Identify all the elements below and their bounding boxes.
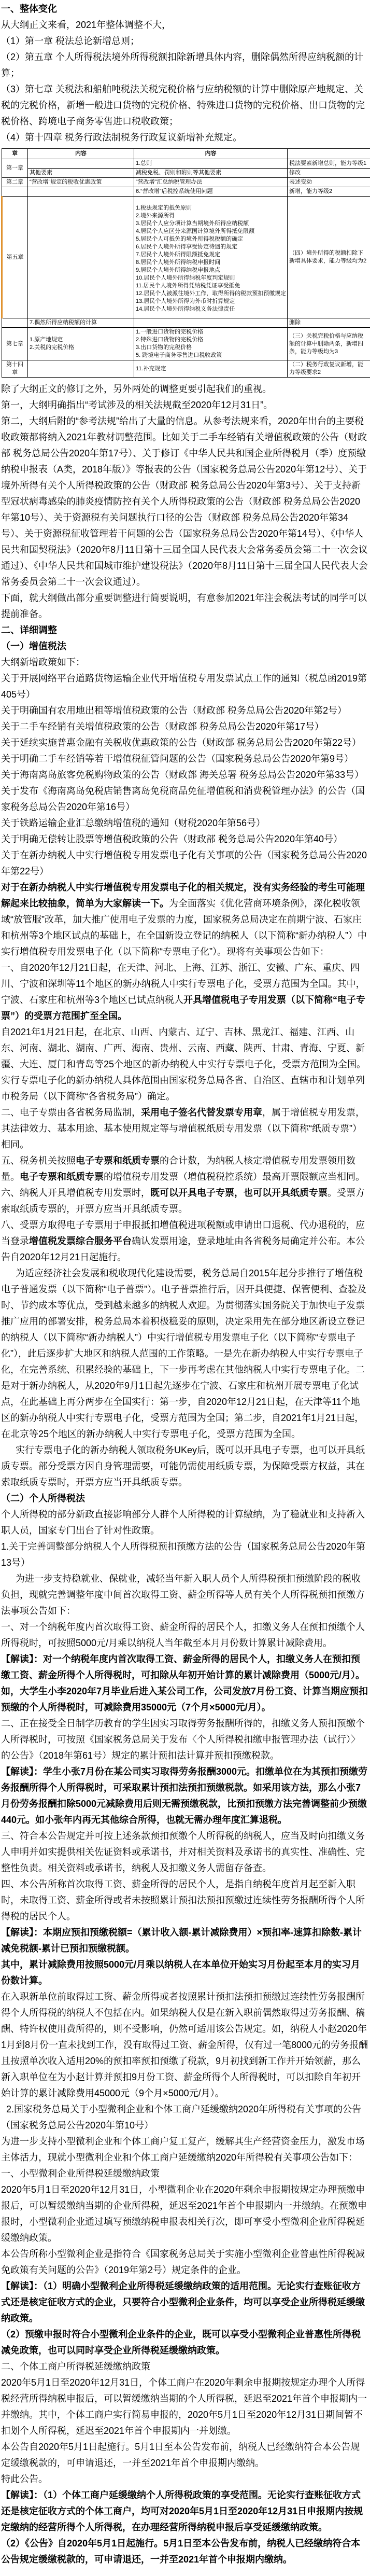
paragraph: 实行专票电子化的新办纳税人领取税务UKey后，既可以开具电子专票，也可以开具纸质… (1, 1442, 369, 1491)
paragraph: 第一，大纲明确指出“考试涉及的相关法规截至2020年12月31日”。 (1, 397, 369, 413)
text-run: 关于开展网络平台道路货物运输企业代开增值税专用发票试点工作的通知（税总函2019… (1, 673, 367, 700)
paragraph: 五、税务机关按照电子专票和纸质专票的合计数，为纳税人核定增值税专用发票领用数量。… (1, 1153, 369, 1185)
paragraph: 本公告所称小型微利企业是指符合《国家税务总局关于实施小型微利企业普惠性所得税减免… (1, 2246, 369, 2278)
text-run: 关于明确无偿转让股票等增值税政策的公告（财政部 税务总局公告2020年第40号） (1, 834, 343, 844)
text-run: 个人所得税的部分新政直接影响部分人群个人所得税的计算缴纳，为了稳就业和支持新入职… (1, 1509, 365, 1536)
table-cell-line: 12.居民个人被派往境外工作，取得所得的税款预扣预缴规定 (136, 290, 286, 298)
paragraph: 【解读】：（1）明确小型微利企业所得税延缓缴纳政策的适用范围。无论实行查账征收方… (1, 2278, 369, 2327)
text-run: （4）第十四章 税务行政法制税务行政复议新增补充规定。 (1, 132, 242, 143)
table-cell-line: 2.境外来源所得 (136, 212, 286, 220)
table-cell: “营改增”汇总纳税管理办法 (134, 178, 288, 187)
paragraph: 1.关于完善调整部分纳税人个人所得税预扣预缴方法的公告（国家税务总局公告2020… (1, 1539, 369, 1571)
text-run: 2020年5月1日至2020年12月31日，小型微利企业在2020年剩余申报期按… (1, 2184, 367, 2243)
text-run: 大纲新增政策如下： (1, 657, 85, 667)
text-run: 特此公告。 (1, 2474, 48, 2484)
table-cell (134, 318, 288, 328)
paragraph: 关于明确二手车经销等若干增值税征管问题的公告（国家税务总局公告2020年第9号） (1, 751, 369, 767)
text-run: 【解读】：本期应预扣预缴税额=（累计收入额-累计减除费用）×预扣率-速算扣除数-… (1, 1927, 362, 1954)
text-run: 【解读】：学生小张7月份在某公司实习取得劳务报酬3000元。扣缴单位在为其预扣预… (1, 1766, 367, 1825)
text-run: （2）预缴申报时符合小型微利企业条件的企业，既可以享受小型微利企业普惠性所得税减… (1, 2329, 361, 2356)
table-cell: （三）关税完税价格与应纳税额的计算中删除两条，新增四条，能力等级均为3 (288, 328, 370, 360)
paragraph: （4）第十四章 税务行政法制税务行政复议新增补充规定。 (1, 130, 369, 146)
table-cell-line: 10.居民个人境外所得纳税年度判定规则 (136, 274, 286, 282)
table-row: 第一章1.总则税法要素新增总则，能力等级1 (2, 159, 370, 169)
table-cell: 1.税法规定的抵免原则2.境外来源所得3.居民个人应分项计算当期境外所得应纳税额… (134, 197, 288, 318)
table-cell: 1.总则 (134, 159, 288, 169)
document-body: 一、整体变化从大纲正文来看，2021年整体调整不大，（1）第一章 税法总论新增总… (0, 0, 370, 2576)
text-run: 除了大纲正文的修订之外，另外两处的调整更要引起我们的重视。 (1, 384, 272, 394)
text-run: 二、正在接受全日制学历教育的学生因实习取得劳务报酬所得的，扣缴义务人预扣预缴个人… (1, 1718, 365, 1761)
table-cell: 减税免税、罚则和附则等其他要素 (134, 169, 288, 178)
table-cell-line: 1.税法规定的抵免原则 (136, 204, 286, 212)
table-cell-line: 3.出口货物的完税价格 (136, 344, 286, 352)
heading-iit-law: （二）个人所得税法 (1, 1491, 369, 1507)
paragraph: （1）第一章 税法总论新增总则； (1, 33, 369, 49)
paragraph: （2）预缴申报时符合小型微利企业条件的企业，既可以享受小型微利企业普惠性所得税减… (1, 2327, 369, 2359)
text-run: 电子专票和纸质专票 (76, 1155, 160, 1166)
table-cell-line: 2.特殊进口货物的完税价格 (136, 336, 286, 344)
text-run: 二、详细调整 (1, 625, 57, 635)
text-run: 本公告自2020年5月1日起施行。5月1日至本公告发布前，纳税人已经缴纳符合本公… (1, 2442, 360, 2468)
text-run: 五、税务机关按照 (1, 1155, 76, 1166)
paragraph: 【解读】：对一个纳税年度内首次取得工资、薪金所得的居民个人，扣缴义务人在预扣预缴… (1, 1651, 369, 1716)
text-run: 三、符合本公告规定并可按上述条款预扣预缴个人所得税的纳税人，应当及时向扣缴义务人… (1, 1831, 365, 1873)
paragraph: 【解读】：学生小张7月份在某公司实习取得劳务报酬3000元。扣缴单位在为其预扣预… (1, 1764, 369, 1828)
text-run: 2020年5月1日至2020年12月31日，个体工商户在2020年剩余申报期按规… (1, 2377, 367, 2436)
text-run: 关于明确国有农用地出租等增值税政策的公告（财政部 税务总局公告2020年第2号） (1, 705, 347, 716)
table-cell (28, 159, 134, 169)
paragraph: 关于铁路运输企业汇总缴纳增值税的通知（财税2020年第56号） (1, 815, 369, 831)
table-cell-line: 5.居民个人可抵免的境外所得税税额的确定 (136, 235, 286, 243)
table-cell: 第一章 (2, 159, 28, 178)
text-run: 关于海南离岛旅客免税购物政策的公告（财政部 海关总署 税务总局公告2020年第3… (1, 770, 364, 780)
table-cell-line: 8.居民个人境外所得纳税申报时间 (136, 259, 286, 267)
text-run: 的增值税专用发票（增值税税控系统）最高开票限额应当相同。 (104, 1172, 365, 1182)
paragraph: 关于在新办纳税人中实行增值税专用发票电子化有关事项的公告（国家税务总局公告202… (1, 847, 369, 880)
paragraph: 第二，大纲后附的“参考法规”给出了大量的信息。从参考法规来看，2020年出台的主… (1, 413, 369, 590)
table-cell: 7.偶然所得应纳税额的计算 (28, 318, 134, 328)
heading-overall-changes: 一、整体变化 (1, 1, 369, 17)
paragraph: 一、自2020年12月21日起，在天津、河北、上海、江苏、浙江、安徽、广东、重庆… (1, 960, 369, 1024)
text-run: 关于二手车经销有关增值税政策的公告（财政部 税务总局公告2020年第17号） (1, 721, 324, 732)
text-run: （3）第七章 关税法和船舶吨税法关税完税价格与应纳税额的计算中删除原产地规定、关… (1, 84, 365, 127)
paragraph: 个人所得税的部分新政直接影响部分人群个人所得税的计算缴纳，为了稳就业和支持新入职… (1, 1507, 369, 1539)
table-cell-line: 7.居民个人境外所得限额抵免规定 (136, 251, 286, 259)
table-cell: 第十四章 (2, 360, 28, 378)
table-header-cell: 内容 (28, 149, 134, 159)
text-run: （一）增值税法 (1, 641, 66, 651)
table-cell-line: 11.居民个人境外所得凭纳税凭证享受抵免 (136, 282, 286, 290)
text-run: 四、本公告所称首次取得工资、薪金所得的居民个人，是指自纳税年度首月起至新入职时，… (1, 1879, 365, 1921)
paragraph: 关于明确国有农用地出租等增值税政策的公告（财政部 税务总局公告2020年第2号） (1, 703, 369, 719)
paragraph: 从大纲正文来看，2021年整体调整不大， (1, 17, 369, 33)
table-cell: （四）境外所得的税额扣除下新增具体要求，能力等级均为2 (288, 197, 370, 318)
text-run: 电子专票和纸质专票 (20, 1172, 104, 1182)
paragraph: 【解读】：（1）个体工商户延缓缴纳个人所得税政策的享受范围。无论实行查账征收方式… (1, 2487, 369, 2536)
text-run: 采用电子签名代替发票专用章 (141, 1107, 262, 1118)
table-cell: 表述变动 (288, 178, 370, 187)
text-run: 关于铁路运输企业汇总缴纳增值税的通知（财税2020年第56号） (1, 818, 265, 828)
text-run: （2）第五章 个人所得税法境外所得税额扣除新增具体内容，删除偶然所得应纳税额的计… (1, 52, 363, 78)
paragraph: 本公告自2020年5月1日起施行。5月1日至本公告发布前，纳税人已经缴纳符合本公… (1, 2439, 369, 2471)
text-run: 第二，大纲后附的“参考法规”给出了大量的信息。从参考法规来看，2020年出台的主… (1, 416, 368, 587)
paragraph: 为适应经济社会发展和税收现代化建设需要，税务总局自2015年起分步推行了增值税电… (1, 1265, 369, 1442)
text-run: 【解读】：对一个纳税年度内首次取得工资、薪金所得的居民个人，扣缴义务人在预扣预缴… (1, 1654, 368, 1712)
exam-outline-changes-table: 章内容内容第一章1.总则税法要素新增总则，能力等级1其他要素减税免税、罚则和附则… (1, 148, 370, 378)
text-run: 自2021年1月21日起，在北京、山西、内蒙古、辽宁、吉林、黑龙江、福建、江西、… (1, 1027, 366, 1069)
text-run: 1.关于完善调整部分纳税人个人所得税预扣预缴方法的公告（国家税务总局公告2020… (1, 1541, 365, 1568)
table-cell-line: 6.居民个人境外所得享受协定待遇的规定 (136, 243, 286, 251)
text-run: 为适应经济社会发展和税收现代化建设需要，税务总局自2015年起分步推行了增值税电… (1, 1268, 366, 1439)
text-run: （1）第一章 税法总论新增总则； (1, 36, 139, 46)
paragraph: 关于延续实施普惠金融有关税收优惠政策的公告（财政部 税务总局公告2020年第22… (1, 735, 369, 751)
text-run: 2.国家税务总局关于小型微利企业和个体工商户延缓缴纳2020年所得税有关事项的公… (1, 2104, 361, 2131)
table-cell (2, 318, 28, 328)
paragraph: 四、本公告所称首次取得工资、薪金所得的居民个人，是指自纳税年度首月起至新入职时，… (1, 1876, 369, 1925)
table-cell: 新增，能力等级2 (288, 187, 370, 197)
table-header-cell: 内容 (134, 149, 288, 159)
text-run: 实行专票电子化的新办纳税人领取税务UKey后，既可以开具电子专票，也可以开具纸质… (1, 1445, 365, 1487)
text-run: 下面，就大纲做出部分重要调整进行简要说明，有意参加2021年注会税法考试的同学可… (1, 593, 367, 619)
table-cell-line: 2.关税的完税价格 (30, 344, 132, 352)
table-cell (2, 187, 28, 197)
paragraph: 【解读】：本期应预扣预缴税额=（累计收入额-累计减除费用）×预扣率-速算扣除数-… (1, 1925, 369, 1957)
heading-vat-law: （一）增值税法 (1, 638, 369, 655)
paragraph: （2）第五章 个人所得税法境外所得税额扣除新增具体内容，删除偶然所得应纳税额的计… (1, 49, 369, 81)
text-run: 实行专票电子化的新办纳税人具体范围由国家税务总局各省、自治区、直辖市和计划单列市… (1, 1075, 365, 1102)
table-cell: 第二章 (2, 178, 28, 187)
table-cell-line: 5. 跨境电子商务零售进口税收政策 (136, 352, 286, 359)
table-header-cell: 章 (2, 149, 28, 159)
text-run: 本公告所称小型微利企业是指符合《国家税务总局关于实施小型微利企业普惠性所得税减免… (1, 2249, 365, 2275)
paragraph: 2020年5月1日至2020年12月31日，小型微利企业在2020年剩余申报期按… (1, 2182, 369, 2246)
table-cell: 税法要素新增总则，能力等级1 (288, 159, 370, 169)
table-header-row: 章内容内容 (2, 149, 370, 159)
paragraph: 二、正在接受全日制学历教育的学生因实习取得劳务报酬所得的，扣缴义务人预扣预缴个人… (1, 1716, 369, 1764)
paragraph: 为进一步支持稳就业、保就业，减轻当年新入职人员个人所得税预扣预缴阶段的税收负担，… (1, 1571, 369, 1619)
text-run: 增值税发票综合服务平台 (29, 1236, 132, 1246)
table-cell: “营改增”规定的税收优惠政策 (28, 178, 134, 187)
paragraph: 自2021年1月21日起，在北京、山西、内蒙古、辽宁、吉林、黑龙江、福建、江西、… (1, 1024, 369, 1073)
text-run: 在入职新单位前取得过工资、薪金所得或者按照累计预扣法预扣预缴过连续性劳务报酬所得… (1, 1992, 368, 2098)
table-row: 第七章1.原产地规定2.关税的完税价格1.一般进口货物的完税价格2.特殊进口货物… (2, 328, 370, 360)
heading-detailed-adjustments: 二、详细调整 (1, 622, 369, 638)
paragraph: 对于在新办纳税人中实行增值税专用发票电子化的相关规定，没有实务经验的考生可能理解… (1, 880, 369, 960)
paragraph: 二、电子专票由各省税务局监制，采用电子签名代替发票专用章，属于增值税专用发票，其… (1, 1105, 369, 1153)
paragraph: 实行专票电子化的新办纳税人具体范围由国家税务总局各省、自治区、直辖市和计划单列市… (1, 1073, 369, 1105)
table-cell-line: 1.原产地规定 (30, 336, 132, 344)
paragraph: 2020年5月1日至2020年12月31日，个体工商户在2020年剩余申报期按规… (1, 2375, 369, 2439)
text-run: 关于发布《海南离岛免税店销售离岛免税商品免征增值税和消费税管理办法》的公告（国家… (1, 786, 365, 812)
table-row: 其他要素减税免税、罚则和附则等其他要素修改 (2, 169, 370, 178)
text-run: 关于在新办纳税人中实行增值税专用发票电子化有关事项的公告（国家税务总局公告202… (1, 850, 367, 876)
paragraph: 除了大纲正文的修订之外，另外两处的调整更要引起我们的重视。 (1, 381, 369, 397)
table-cell: 删除 (288, 318, 370, 328)
text-run: 第一，大纲明确指出“考试涉及的相关法规截至2020年12月31日”。 (1, 400, 273, 410)
paragraph: 关于二手车经销有关增值税政策的公告（财政部 税务总局公告2020年第17号） (1, 719, 369, 735)
text-run: 二、个体工商户所得税延缓缴纳政策 (1, 2361, 150, 2372)
paragraph: 一、对一个纳税年度内首次取得工资、薪金所得的居民个人，扣缴义务人在预扣预缴个人所… (1, 1619, 369, 1651)
paragraph: 关于发布《海南离岛免税店销售离岛免税商品免征增值税和消费税管理办法》的公告（国家… (1, 783, 369, 815)
table-cell-line: 9.居民个人境外所得纳税申报地点 (136, 267, 286, 274)
table-cell-line: 1.一般进口货物的完税价格 (136, 328, 286, 336)
text-run: 六、纳税人开具增值税专用发票时， (1, 1188, 150, 1198)
table-header-cell (288, 149, 370, 159)
table-cell: 其他要素 (28, 169, 134, 178)
paragraph: 大纲新增政策如下： (1, 655, 369, 671)
paragraph: 下面，就大纲做出部分重要调整进行简要说明，有意参加2021年注会税法考试的同学可… (1, 590, 369, 622)
text-run: （2）《公告》自2020年5月1日起施行。5月1日至本公告发布前，纳税人已经缴纳… (1, 2538, 360, 2565)
paragraph: 2.国家税务总局关于小型微利企业和个体工商户延缓缴纳2020年所得税有关事项的公… (1, 2101, 369, 2134)
paragraph: 八、受票方取得电子专票用于申报抵扣增值税进项税额或申请出口退税、代办退税的，应当… (1, 1217, 369, 1265)
text-run: 一、对一个纳税年度内首次取得工资、薪金所得的居民个人，扣缴义务人在预扣预缴个人所… (1, 1622, 365, 1648)
paragraph: 关于海南离岛旅客免税购物政策的公告（财政部 海关总署 税务总局公告2020年第3… (1, 767, 369, 783)
table-cell: 6.“营改增”后税控系统使用问题 (134, 187, 288, 197)
table-cell: 11.补充规定 (134, 360, 288, 378)
paragraph: 在入职新单位前取得过工资、薪金所得或者按照累计预扣法预扣预缴过连续性劳务报酬所得… (1, 1989, 369, 2101)
text-run: 从大纲正文来看，2021年整体调整不大， (1, 20, 171, 30)
text-run: 既可以开具电子专票，也可以开具纸质专票 (150, 1188, 328, 1198)
table-cell-line: 3.居民个人应分项计算当期境外所得应纳税额 (136, 220, 286, 228)
paragraph: 三、符合本公告规定并可按上述条款预扣预缴个人所得税的纳税人，应当及时向扣缴义务人… (1, 1828, 369, 1876)
text-run: 其中，累计减除费用按照5000元/月乘以纳税人在本单位开始实习月份起至本月的实习… (1, 1959, 360, 1986)
table-cell: 1.原产地规定2.关税的完税价格 (28, 328, 134, 360)
paragraph: （3）第七章 关税法和船舶吨税法关税完税价格与应纳税额的计算中删除原产地规定、关… (1, 81, 369, 130)
table-cell: 第五章 (2, 197, 28, 318)
paragraph: 二、个体工商户所得税延缓缴纳政策 (1, 2359, 369, 2375)
text-run: 二、电子专票由各省税务局监制， (1, 1107, 141, 1118)
text-run: 【解读】：（1）明确小型微利企业所得税延缓缴纳政策的适用范围。无论实行查账征收方… (1, 2281, 365, 2323)
table-row: 6.“营改增”后税控系统使用问题新增，能力等级2 (2, 187, 370, 197)
table-row: 第五章1.税法规定的抵免原则2.境外来源所得3.居民个人应分项计算当期境外所得应… (2, 197, 370, 318)
table-cell-line: 14.居民个人境外所得纳税义务法律责任 (136, 305, 286, 313)
paragraph: （2）《公告》自2020年5月1日起施行。5月1日至本公告发布前，纳税人已经缴纳… (1, 2536, 369, 2568)
paragraph: 关于明确无偿转让股票等增值税政策的公告（财政部 税务总局公告2020年第40号） (1, 831, 369, 847)
paragraph: 为进一步支持小型微利企业和个体工商户复工复产，缓解其生产经营资金压力，激发市场主… (1, 2134, 369, 2166)
table-cell (28, 360, 134, 378)
table-row: 第二章“营改增”规定的税收优惠政策“营改增”汇总纳税管理办法表述变动 (2, 178, 370, 187)
table-cell-line: 13.居民个人境外所得为外币时折算规定 (136, 298, 286, 305)
text-run: 【解读】：（1）个体工商户延缓缴纳个人所得税政策的享受范围。无论实行查账征收方式… (1, 2490, 363, 2532)
table-cell: 修改 (288, 169, 370, 178)
paragraph: 其中，累计减除费用按照5000元/月乘以纳税人在本单位开始实习月份起至本月的实习… (1, 1957, 369, 1989)
paragraph: 六、纳税人开具增值税专用发票时，既可以开具电子专票，也可以开具纸质专票。受票方索… (1, 1185, 369, 1217)
table-cell-line: 4.居民个人应区分来源国计算境外所得抵免限额 (136, 228, 286, 235)
table-cell: 1.一般进口货物的完税价格2.特殊进口货物的完税价格3.出口货物的完税价格5. … (134, 328, 288, 360)
text-run: 关于延续实施普惠金融有关税收优惠政策的公告（财政部 税务总局公告2020年第22… (1, 737, 361, 748)
table-cell (28, 187, 134, 197)
table-row: 第十四章11.补充规定（二）税务行政复议新增，能力等级要求2 (2, 360, 370, 378)
paragraph: 一、小型微利企业所得税延缓缴纳政策 (1, 2166, 369, 2182)
table-cell: （二）税务行政复议新增，能力等级要求2 (288, 360, 370, 378)
text-run: 为进一步支持小型微利企业和个体工商户复工复产，缓解其生产经营资金压力，激发市场主… (1, 2136, 365, 2163)
table-cell: 第七章 (2, 328, 28, 360)
table-row: 7.偶然所得应纳税额的计算删除 (2, 318, 370, 328)
paragraph: 关于开展网络平台道路货物运输企业代开增值税专用发票试点工作的通知（税总函2019… (1, 671, 369, 703)
table-cell (28, 197, 134, 318)
text-run: （二）个人所得税法 (1, 1493, 85, 1503)
paragraph: 特此公告。 (1, 2471, 369, 2487)
text-run: 一、小型微利企业所得税延缓缴纳政策 (1, 2168, 160, 2179)
text-run: 为进一步支持稳就业、保就业，减轻当年新入职人员个人所得税预扣预缴阶段的税收负担，… (1, 1574, 365, 1616)
text-run: 关于明确二手车经销等若干增值税征管问题的公告（国家税务总局公告2020年第9号） (1, 754, 353, 764)
text-run: 一、整体变化 (1, 4, 57, 14)
